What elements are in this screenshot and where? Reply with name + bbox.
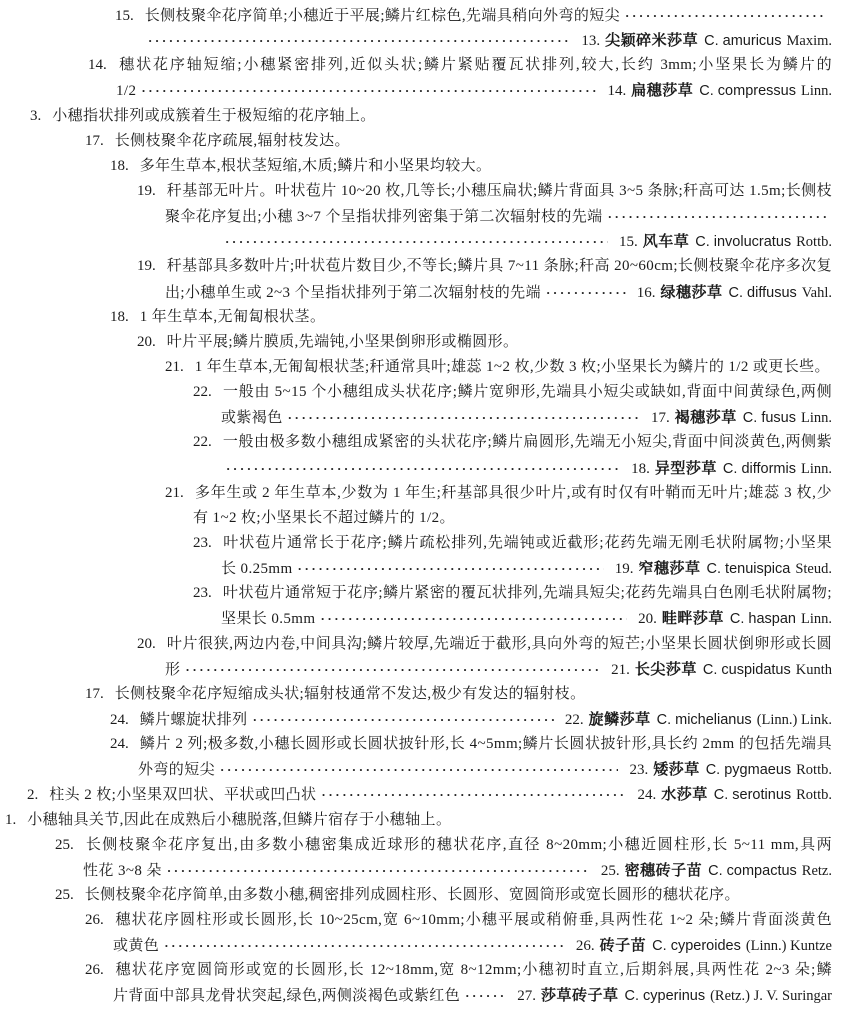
key-line: 19.秆基部具多数叶片;叶状苞片数目少,不等长;鳞片具 7~11 条脉;秆高 2…: [0, 254, 854, 279]
key-line: 外弯的短尖···································…: [0, 757, 854, 782]
species-entry: 21.长尖莎草C. cuspidatusKunth: [611, 658, 832, 683]
species-name-cn: 长尖莎草: [635, 662, 697, 678]
couplet-number: 26.: [85, 912, 104, 928]
species-name-latin: C. tenuispica: [707, 561, 791, 577]
species-author: Linn.: [801, 410, 832, 426]
species-number: 15.: [619, 234, 638, 250]
key-line: 20.叶片很狭,两边内卷,中间具沟;鳞片较厚,先端近于截形,具向外弯的短芒;小坚…: [0, 632, 854, 657]
species-author: (Linn.) Link.: [757, 712, 832, 728]
dotted-leader: ········································…: [465, 983, 506, 1008]
species-author: Rottb.: [796, 234, 832, 250]
key-line: 24.鳞片 2 列;极多数,小穗长圆形或长圆状披针形,长 4~5mm;鳞片长圆状…: [0, 732, 854, 757]
couplet-text: 1/2: [116, 79, 136, 104]
key-line: 1.小穗轴具关节,因此在成熟后小穗脱落,但鳞片宿存于小穗轴上。: [0, 808, 854, 833]
species-name-latin: C. pygmaeus: [706, 762, 791, 778]
species-name-cn: 水莎草: [661, 787, 708, 803]
key-line: 18.1 年生草本,无匍匐根状茎。: [0, 305, 854, 330]
couplet-number: 20.: [137, 330, 156, 355]
key-line: 25.长侧枝聚伞花序复出,由多数小穗密集成近球形的穗状花序,直径 8~20mm;…: [0, 833, 854, 858]
couplet-number: 23.: [193, 535, 212, 551]
dotted-leader: ········································…: [167, 858, 590, 883]
species-author: (Retz.) J. V. Suringar: [710, 988, 832, 1004]
couplet-number: 21.: [165, 355, 184, 380]
species-number: 25.: [601, 863, 620, 879]
couplet-text: 形: [165, 658, 180, 683]
species-number: 19.: [615, 561, 634, 577]
key-line: 出;小穗单生或 2~3 个呈指状排列于第二次辐射枝的先端············…: [0, 280, 854, 305]
species-name-cn: 密穗砖子苗: [625, 863, 703, 879]
couplet-number: 21.: [165, 485, 184, 501]
species-author: (Linn.) Kuntze: [746, 938, 832, 954]
couplet-text: 聚伞花序复出;小穗 3~7 个呈指状排列密集于第二次辐射枝的先端: [165, 205, 603, 230]
taxonomic-key-page: 15.长侧枝聚伞花序简单;小穗近于平展;鳞片红棕色,先端具稍向外弯的短尖····…: [0, 3, 854, 1009]
couplet-number: 1.: [5, 808, 16, 833]
dotted-leader: ········································…: [164, 933, 565, 958]
couplet-number: 24.: [110, 736, 129, 752]
species-name-latin: C. involucratus: [695, 234, 791, 250]
couplet-text: 多年生或 2 年生草本,少数为 1 年生;秆基部具很少叶片,或有时仅有叶鞘而无叶…: [195, 485, 832, 501]
species-number: 23.: [629, 762, 648, 778]
species-number: 13.: [581, 33, 600, 49]
species-entry: 17.褐穗莎草C. fususLinn.: [651, 406, 832, 431]
key-line: 21.1 年生草本,无匍匐根状茎;秆通常具叶;雄蕊 1~2 枚,少数 3 枚;小…: [0, 355, 854, 380]
couplet-number: 22.: [193, 434, 212, 450]
species-author: Vahl.: [802, 285, 832, 301]
species-entry: 15.风车草C. involucratusRottb.: [619, 230, 832, 255]
couplet-number: 22.: [193, 384, 212, 400]
species-author: Steud.: [795, 561, 832, 577]
dotted-leader: ········································…: [288, 405, 640, 430]
key-line: 17.长侧枝聚伞花序短缩成头状;辐射枝通常不发达,极少有发达的辐射枝。: [0, 682, 854, 707]
couplet-number: 19.: [137, 183, 156, 199]
couplet-number: 19.: [137, 258, 156, 274]
species-name-latin: C. cuspidatus: [703, 662, 791, 678]
key-line: 18.多年生草本,根状茎短缩,木质;鳞片和小坚果均较大。: [0, 154, 854, 179]
couplet-text: 叶片平展;鳞片膜质,先端钝,小坚果倒卵形或椭圆形。: [167, 330, 519, 355]
dotted-leader: ········································…: [321, 782, 626, 807]
species-entry: 26.砖子苗C. cyperoides(Linn.) Kuntze: [576, 934, 832, 959]
couplet-text: 鳞片 2 列;极多数,小穗长圆形或长圆状披针形,长 4~5mm;鳞片长圆状披针形…: [140, 736, 832, 752]
species-number: 16.: [637, 285, 656, 301]
species-author: Retz.: [802, 863, 832, 879]
key-line: 形·······································…: [0, 657, 854, 682]
key-line: 2.柱头 2 枚;小坚果双凹状、平状或凹凸状··················…: [0, 782, 854, 807]
couplet-text: 小穗轴具关节,因此在成熟后小穗脱落,但鳞片宿存于小穗轴上。: [27, 808, 451, 833]
species-number: 24.: [638, 787, 657, 803]
species-name-latin: C. compactus: [708, 863, 797, 879]
species-entry: 18.异型莎草C. difformisLinn.: [631, 457, 832, 482]
species-name-cn: 砖子苗: [600, 938, 647, 954]
couplet-text: 穗状花序轴短缩;小穗紧密排列,近似头状;鳞片紧贴覆瓦状排列,较大,长约 3mm;…: [118, 57, 832, 73]
key-line: 20.叶片平展;鳞片膜质,先端钝,小坚果倒卵形或椭圆形。: [0, 330, 854, 355]
couplet-text: 多年生草本,根状茎短缩,木质;鳞片和小坚果均较大。: [140, 154, 492, 179]
species-number: 27.: [517, 988, 536, 1004]
key-line: 22.一般由 5~15 个小穗组成头状花序;鳞片宽卵形,先端具小短尖或缺如,背面…: [0, 380, 854, 405]
couplet-number: 20.: [137, 636, 156, 652]
species-name-latin: C. haspan: [730, 611, 796, 627]
couplet-text: 小穗指状排列或成簇着生于极短缩的花序轴上。: [52, 104, 375, 129]
species-number: 17.: [651, 410, 670, 426]
species-name-cn: 旋鳞莎草: [589, 712, 651, 728]
dotted-leader: ········································…: [320, 606, 627, 631]
couplet-text: 一般由 5~15 个小穗组成头状花序;鳞片宽卵形,先端具小短尖或缺如,背面中间黄…: [193, 384, 832, 405]
couplet-number: 18.: [110, 305, 129, 330]
key-line: 片背面中部具龙骨状突起,绿色,两侧淡褐色或紫红色················…: [0, 983, 854, 1008]
couplet-number: 17.: [85, 682, 104, 707]
couplet-text: 1 年生草本,无匍匐根状茎;秆通常具叶;雄蕊 1~2 枚,少数 3 枚;小坚果长…: [195, 355, 830, 380]
species-author: Maxim.: [786, 33, 832, 49]
species-name-cn: 尖颖碎米莎草: [605, 33, 698, 49]
species-author: Linn.: [801, 83, 832, 99]
key-line: 14.穗状花序轴短缩;小穗紧密排列,近似头状;鳞片紧贴覆瓦状排列,较大,长约 3…: [0, 53, 854, 78]
couplet-text: 出;小穗单生或 2~3 个呈指状排列于第二次辐射枝的先端: [165, 281, 541, 306]
dotted-leader: ········································…: [298, 556, 604, 581]
species-name-cn: 畦畔莎草: [662, 611, 724, 627]
dotted-leader: ········································…: [220, 757, 618, 782]
key-line: 坚果长 0.5mm·······························…: [0, 606, 854, 631]
species-entry: 19.窄穗莎草C. tenuispicaSteud.: [615, 557, 832, 582]
couplet-number: 18.: [110, 154, 129, 179]
key-line: 17.长侧枝聚伞花序疏展,辐射枝发达。: [0, 129, 854, 154]
species-name-cn: 扁穗莎草: [631, 83, 693, 99]
species-name-latin: C. compressus: [699, 83, 796, 99]
couplet-text: 长侧枝聚伞花序简单,由多数小穗,稠密排列成圆柱形、长圆形、宽圆筒形或宽长圆形的穗…: [85, 883, 740, 908]
species-name-latin: C. cyperinus: [625, 988, 706, 1004]
key-line: 23.叶状苞片通常短于花序;鳞片紧密的覆瓦状排列,先端具短尖;花药先端具白色刚毛…: [0, 581, 854, 606]
couplet-number: 2.: [27, 783, 38, 808]
species-author: Rottb.: [796, 762, 832, 778]
couplet-text: 叶状苞片通常长于花序;鳞片疏松排列,先端钝或近截形;花药先端无刚毛状附属物;小坚…: [223, 535, 832, 551]
dotted-leader: ········································…: [148, 28, 570, 53]
key-line: 长 0.25mm································…: [0, 556, 854, 581]
couplet-number: 25.: [55, 837, 74, 853]
species-entry: 27.莎草砖子草C. cyperinus(Retz.) J. V. Suring…: [517, 984, 832, 1009]
species-entry: 24.水莎草C. serotinusRottb.: [638, 783, 833, 808]
species-name-cn: 褐穗莎草: [675, 410, 737, 426]
dotted-leader: ········································…: [185, 657, 600, 682]
key-line: 23.叶状苞片通常长于花序;鳞片疏松排列,先端钝或近截形;花药先端无刚毛状附属物…: [0, 531, 854, 556]
species-entry: 22.旋鳞莎草C. michelianus(Linn.) Link.: [565, 708, 832, 733]
key-line: 或紫褐色····································…: [0, 405, 854, 430]
key-line: 15.长侧枝聚伞花序简单;小穗近于平展;鳞片红棕色,先端具稍向外弯的短尖····…: [0, 3, 854, 28]
key-line: ········································…: [0, 229, 854, 254]
couplet-text: 片背面中部具龙骨状突起,绿色,两侧淡褐色或紫红色: [113, 984, 460, 1009]
couplet-text: 长侧枝聚伞花序短缩成头状;辐射枝通常不发达,极少有发达的辐射枝。: [115, 682, 586, 707]
key-line: 26.穗状花序圆柱形或长圆形,长 10~25cm,宽 6~10mm;小穗平展或稍…: [0, 908, 854, 933]
couplet-number: 3.: [30, 104, 41, 129]
species-author: Linn.: [801, 461, 832, 477]
couplet-text: 叶片很狭,两边内卷,中间具沟;鳞片较厚,先端近于截形,具向外弯的短芒;小坚果长圆…: [167, 636, 832, 652]
couplet-number: 14.: [88, 57, 107, 73]
species-entry: 14.扁穗莎草C. compressusLinn.: [608, 79, 832, 104]
species-number: 26.: [576, 938, 595, 954]
key-line: 19.秆基部无叶片。叶状苞片 10~20 枚,几等长;小穗压扁状;鳞片背面具 3…: [0, 179, 854, 204]
species-name-cn: 异型莎草: [655, 461, 717, 477]
key-line: ········································…: [0, 456, 854, 481]
couplet-text: 性花 3~8 朵: [83, 859, 162, 884]
key-line: 24.鳞片螺旋状排列······························…: [0, 707, 854, 732]
couplet-text: 鳞片螺旋状排列: [140, 708, 248, 733]
species-name-cn: 风车草: [643, 234, 690, 250]
couplet-text: 秆基部无叶片。叶状苞片 10~20 枚,几等长;小穗压扁状;鳞片背面具 3~5 …: [167, 183, 832, 199]
species-entry: 25.密穗砖子苗C. compactusRetz.: [601, 859, 832, 884]
key-line: 21.多年生或 2 年生草本,少数为 1 年生;秆基部具很少叶片,或有时仅有叶鞘…: [0, 481, 854, 506]
species-entry: 23.矮莎草C. pygmaeusRottb.: [629, 758, 832, 783]
species-number: 22.: [565, 712, 584, 728]
couplet-text: 或黄色: [113, 934, 159, 959]
species-entry: 13.尖颖碎米莎草C. amuricusMaxim.: [581, 29, 832, 54]
couplet-number: 26.: [85, 962, 104, 978]
dotted-leader: ········································…: [608, 204, 827, 229]
couplet-text: 叶状苞片通常短于花序;鳞片紧密的覆瓦状排列,先端具短尖;花药先端具白色刚毛状附属…: [193, 585, 832, 606]
key-line: 聚伞花序复出;小穗 3~7 个呈指状排列密集于第二次辐射枝的先端········…: [0, 204, 854, 229]
couplet-number: 17.: [85, 129, 104, 154]
couplet-text: 外弯的短尖: [138, 758, 215, 783]
couplet-text: 长侧枝聚伞花序疏展,辐射枝发达。: [115, 129, 350, 154]
couplet-text: 穗状花序圆柱形或长圆形,长 10~25cm,宽 6~10mm;小穗平展或稍俯垂,…: [115, 912, 832, 928]
species-author: Rottb.: [796, 787, 832, 803]
key-line: 或黄色·····································…: [0, 933, 854, 958]
couplet-text: 长 0.25mm: [221, 557, 293, 582]
dotted-leader: ········································…: [226, 456, 620, 481]
dotted-leader: ········································…: [141, 78, 596, 103]
couplet-number: 24.: [110, 708, 129, 733]
key-line: 有 1~2 枚;小坚果长不超过鳞片的 1/2。: [0, 506, 854, 531]
key-line: 性花 3~8 朵································…: [0, 858, 854, 883]
species-name-latin: C. amuricus: [704, 33, 781, 49]
dotted-leader: ········································…: [225, 229, 608, 254]
key-line: 3.小穗指状排列或成簇着生于极短缩的花序轴上。: [0, 104, 854, 129]
species-name-latin: C. fusus: [743, 410, 796, 426]
species-number: 18.: [631, 461, 650, 477]
dotted-leader: ········································…: [253, 707, 554, 732]
species-name-latin: C. cyperoides: [652, 938, 741, 954]
species-entry: 20.畦畔莎草C. haspanLinn.: [638, 607, 832, 632]
couplet-text: 或紫褐色: [221, 406, 283, 431]
couplet-text: 1 年生草本,无匍匐根状茎。: [140, 305, 326, 330]
species-author: Linn.: [801, 611, 832, 627]
couplet-text: 穗状花序宽圆筒形或宽的长圆形,长 12~18mm,宽 8~12mm;小穗初时直立…: [115, 962, 832, 978]
key-line: 25.长侧枝聚伞花序简单,由多数小穗,稠密排列成圆柱形、长圆形、宽圆筒形或宽长圆…: [0, 883, 854, 908]
species-entry: 16.绿穗莎草C. diffususVahl.: [637, 281, 832, 306]
species-author: Kunth: [796, 662, 832, 678]
species-number: 20.: [638, 611, 657, 627]
dotted-leader: ········································…: [625, 3, 827, 28]
species-name-cn: 绿穗莎草: [661, 285, 723, 301]
couplet-text: 秆基部具多数叶片;叶状苞片数目少,不等长;鳞片具 7~11 条脉;秆高 20~6…: [167, 258, 832, 274]
dotted-leader: ········································…: [546, 280, 626, 305]
couplet-text: 柱头 2 枚;小坚果双凹状、平状或凹凸状: [49, 783, 316, 808]
couplet-text: 有 1~2 枚;小坚果长不超过鳞片的 1/2。: [193, 506, 455, 531]
couplet-number: 25.: [55, 883, 74, 908]
species-number: 21.: [611, 662, 630, 678]
species-name-latin: C. michelianus: [657, 712, 752, 728]
couplet-number: 23.: [193, 585, 212, 601]
species-name-cn: 莎草砖子草: [541, 988, 619, 1004]
species-name-cn: 矮莎草: [653, 762, 700, 778]
couplet-number: 15.: [115, 4, 134, 29]
species-name-latin: C. difformis: [723, 461, 796, 477]
key-line: ········································…: [0, 28, 854, 53]
species-name-cn: 窄穗莎草: [639, 561, 701, 577]
species-name-latin: C. serotinus: [714, 787, 791, 803]
key-line: 26.穗状花序宽圆筒形或宽的长圆形,长 12~18mm,宽 8~12mm;小穗初…: [0, 958, 854, 983]
couplet-text: 一般由极多数小穗组成紧密的头状花序;鳞片扁圆形,先端无小短尖,背面中间淡黄色,两…: [193, 434, 832, 455]
couplet-text: 长侧枝聚伞花序复出,由多数小穗密集成近球形的穗状花序,直径 8~20mm;小穗近…: [85, 837, 832, 853]
key-line: 1/2·····································…: [0, 78, 854, 103]
species-name-latin: C. diffusus: [729, 285, 797, 301]
key-line: 22.一般由极多数小穗组成紧密的头状花序;鳞片扁圆形,先端无小短尖,背面中间淡黄…: [0, 430, 854, 455]
couplet-text: 长侧枝聚伞花序简单;小穗近于平展;鳞片红棕色,先端具稍向外弯的短尖: [145, 4, 620, 29]
couplet-text: 坚果长 0.5mm: [221, 607, 315, 632]
species-number: 14.: [608, 83, 627, 99]
